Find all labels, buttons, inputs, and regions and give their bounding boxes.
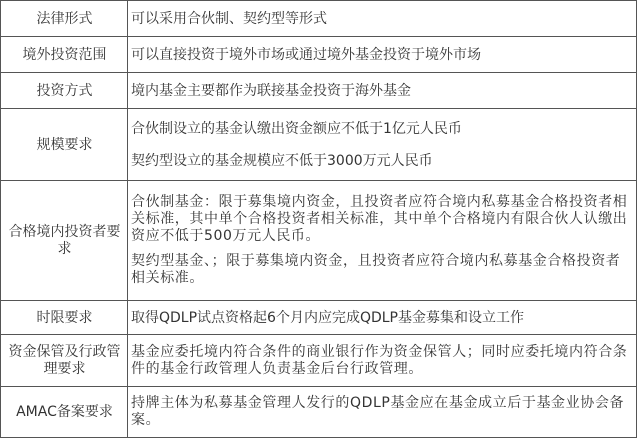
table-row: AMAC备案要求 持牌主体为私募基金管理人发行的QDLP基金应在基金成立后于基金… <box>1 387 637 438</box>
table-row: 合格境内投资者要求 合伙制基金：限于募集境内资金，且投资者应符合境内私募基金合格… <box>1 181 637 301</box>
row-label-investment-scope: 境外投资范围 <box>1 37 128 73</box>
value-paragraph: 基金应委托境内符合条件的商业银行作为资金保管人；同时应委托境内符合条件的基金行政… <box>131 344 634 378</box>
row-value-custody-admin: 基金应委托境内符合条件的商业银行作为资金保管人；同时应委托境内符合条件的基金行政… <box>128 335 637 387</box>
row-label-qualified-investor: 合格境内投资者要求 <box>1 181 128 301</box>
table-row: 法律形式 可以采用合伙制、契约型等形式 <box>1 1 637 37</box>
value-paragraph: 合伙制设立的基金认缴出资金额应不低于1亿元人民币 <box>131 120 634 138</box>
qdlp-requirements-table: 法律形式 可以采用合伙制、契约型等形式 境外投资范围 可以直接投资于境外市场或通… <box>0 0 637 438</box>
row-label-amac-filing: AMAC备案要求 <box>1 387 128 438</box>
table-row: 资金保管及行政管理要求 基金应委托境内符合条件的商业银行作为资金保管人；同时应委… <box>1 335 637 387</box>
row-value-investment-scope: 可以直接投资于境外市场或通过境外基金投资于境外市场 <box>128 37 637 73</box>
row-value-scale: 合伙制设立的基金认缴出资金额应不低于1亿元人民币 契约型设立的基金规模应不低于3… <box>128 109 637 181</box>
value-paragraph: 可以采用合伙制、契约型等形式 <box>131 10 634 28</box>
value-paragraph: 持牌主体为私募基金管理人发行的QDLP基金应在基金成立后于基金业协会备案。 <box>131 395 634 429</box>
row-value-investment-method: 境内基金主要都作为联接基金投资于海外基金 <box>128 73 637 109</box>
table-row: 规模要求 合伙制设立的基金认缴出资金额应不低于1亿元人民币 契约型设立的基金规模… <box>1 109 637 181</box>
table-row: 时限要求 取得QDLP试点资格起6个月内应完成QDLP基金募集和设立工作 <box>1 301 637 335</box>
value-paragraph: 取得QDLP试点资格起6个月内应完成QDLP基金募集和设立工作 <box>131 309 634 327</box>
row-label-scale: 规模要求 <box>1 109 128 181</box>
value-paragraph: 契约型基金、；限于募集境内资金，且投资者应符合境内私募基金合格投资者相关标准。 <box>131 253 634 287</box>
value-paragraph: 可以直接投资于境外市场或通过境外基金投资于境外市场 <box>131 46 634 64</box>
row-label-investment-method: 投资方式 <box>1 73 128 109</box>
row-value-amac-filing: 持牌主体为私募基金管理人发行的QDLP基金应在基金成立后于基金业协会备案。 <box>128 387 637 438</box>
row-label-legal-form: 法律形式 <box>1 1 128 37</box>
row-value-legal-form: 可以采用合伙制、契约型等形式 <box>128 1 637 37</box>
row-label-custody-admin: 资金保管及行政管理要求 <box>1 335 128 387</box>
row-value-qualified-investor: 合伙制基金：限于募集境内资金，且投资者应符合境内私募基金合格投资者相关标准，其中… <box>128 181 637 301</box>
value-paragraph: 契约型设立的基金规模应不低于3000万元人民币 <box>131 152 634 170</box>
value-paragraph: 合伙制基金：限于募集境内资金，且投资者应符合境内私募基金合格投资者相关标准，其中… <box>131 194 634 245</box>
table-row: 投资方式 境内基金主要都作为联接基金投资于海外基金 <box>1 73 637 109</box>
table-row: 境外投资范围 可以直接投资于境外市场或通过境外基金投资于境外市场 <box>1 37 637 73</box>
row-value-time-limit: 取得QDLP试点资格起6个月内应完成QDLP基金募集和设立工作 <box>128 301 637 335</box>
value-paragraph: 境内基金主要都作为联接基金投资于海外基金 <box>131 82 634 100</box>
row-label-time-limit: 时限要求 <box>1 301 128 335</box>
